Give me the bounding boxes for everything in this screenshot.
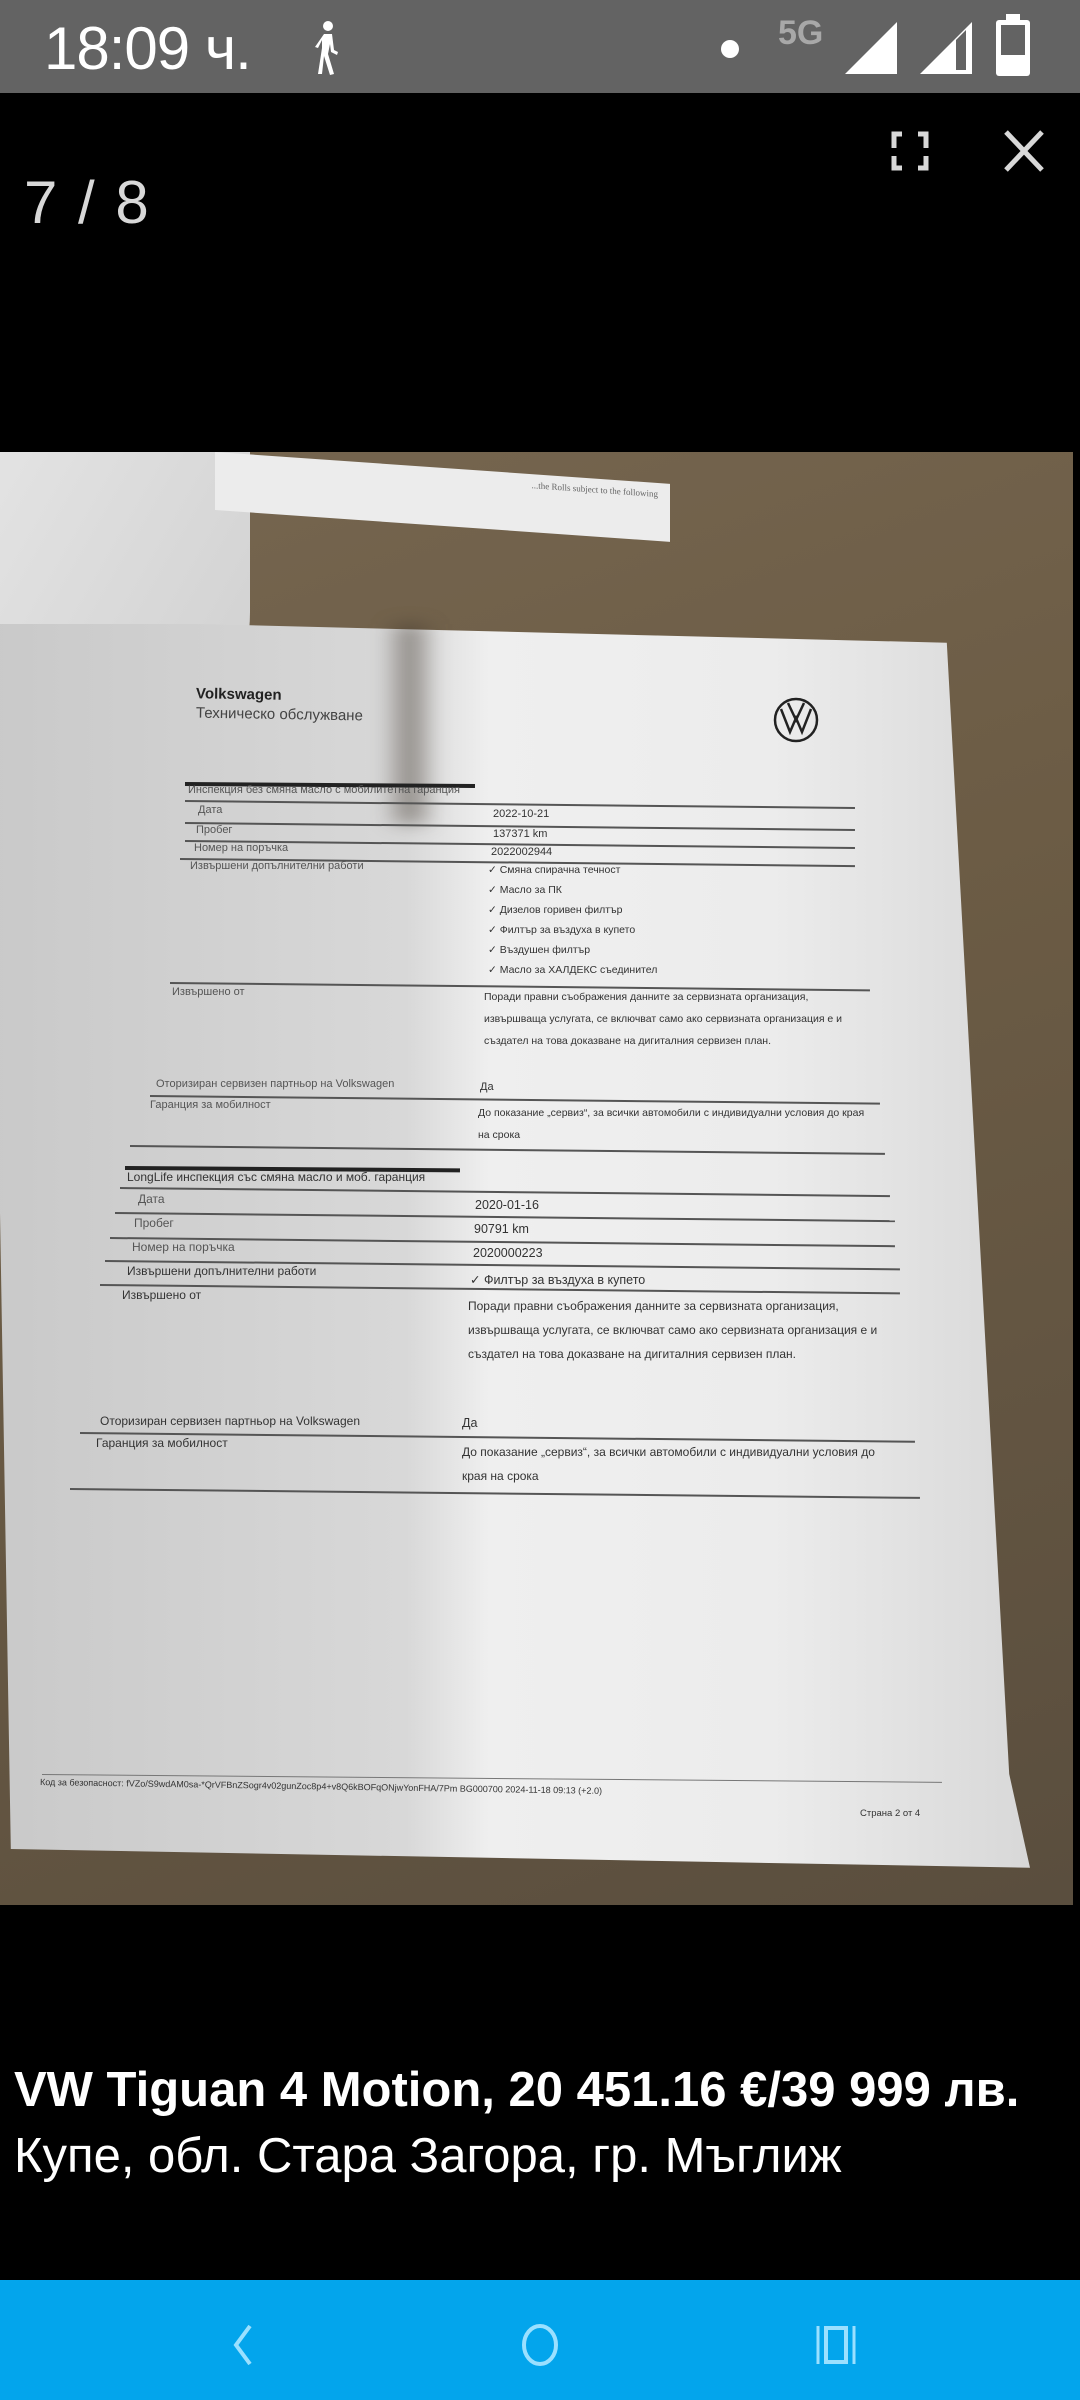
doc-brand: Volkswagen [196, 685, 282, 703]
listing-title: VW Tiguan 4 Motion, 20 451.16 €/39 999 л… [14, 2055, 1054, 2125]
security-code: Код за безопасност: fVZo/S9wdAM0sa-*QrVF… [40, 1777, 602, 1796]
doc-subtitle: Техническо обслужване [196, 705, 363, 725]
listing-location: Купе, обл. Стара Загора, гр. Мъглиж [14, 2123, 1054, 2189]
status-bar: 18:09 ч. 5G [0, 0, 1080, 93]
document-content: Volkswagen Техническо обслужване Инспекц… [0, 452, 1073, 1905]
page-number: Страна 2 от 4 [860, 1808, 920, 1819]
signal-icon [918, 20, 974, 76]
vw-logo-icon [772, 696, 820, 744]
notification-dot-icon [721, 40, 739, 58]
back-icon[interactable] [214, 2320, 274, 2370]
battery-icon [994, 14, 1032, 78]
home-icon[interactable] [510, 2320, 570, 2370]
close-icon[interactable] [996, 120, 1052, 180]
fullscreen-icon[interactable] [880, 120, 940, 180]
navigation-bar [0, 2280, 1080, 2400]
signal-icon [843, 20, 899, 76]
network-type: 5G [778, 14, 823, 53]
listing-photo[interactable]: ...the Rolls subject to the following Vo… [0, 452, 1073, 1905]
walking-icon [308, 20, 348, 76]
status-time: 18:09 ч. [44, 14, 251, 83]
listing-caption: VW Tiguan 4 Motion, 20 451.16 €/39 999 л… [14, 2055, 1054, 2189]
image-counter: 7 / 8 [24, 168, 151, 237]
extra-work-list: ✓ Смяна спирачна течност ✓ Масло за ПК ✓… [488, 860, 657, 980]
recents-icon[interactable] [806, 2320, 866, 2370]
